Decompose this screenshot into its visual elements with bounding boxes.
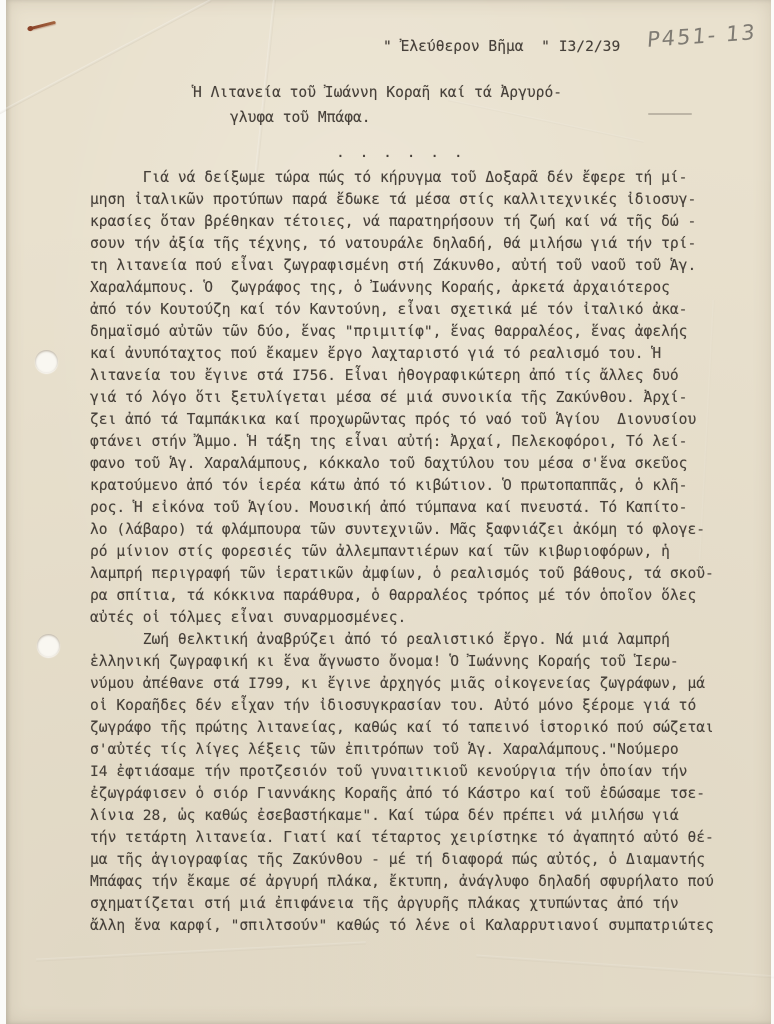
text-line: Ζωή θελκτική ἀναβρύζει ἀπό τό ρεαλιστικό… [90,629,750,651]
text-line: αὐτές οἱ τόλμες εἶναι συναρμοσμένες. [90,607,750,629]
text-line: καί ἀνυπόταχτος πού ἔκαμεν ἔργο λαχταρισ… [90,343,750,365]
archival-annotation: P451- 13 [646,20,757,52]
text-line: λο (λάβαρο) τά φλάμπουρα τῶν συντεχνιῶν.… [90,519,750,541]
text-line: τήν τετάρτη λιτανεία. Γιατί καί τέταρτος… [90,827,750,849]
text-line: γιά τό λόγο ὅτι ξετυλίγεται μέσα σέ μιά … [90,387,750,409]
text-line: Μπάφας τήν ἔκαμε σέ ἀργυρή πλάκα, ἔκτυπη… [90,871,750,893]
text-line: λιτανεία του ἔγινε στά I756. Εἶναι ἠθογρ… [90,365,750,387]
text-line: λίνια 28, ὡς καθώς ἐσεβαστήκαμε". Καί τώ… [90,805,750,827]
text-line: ρό μίνιον στίς φορεσιές τῶν ἀλλεμπαντιέρ… [90,541,750,563]
text-line: ἀπό τόν Κουτούζη καί τόν Καντούνη, εἶναι… [90,299,750,321]
text-line: Γιά νά δείξωμε τώρα πώς τό κήρυγμα τοῦ Δ… [90,167,750,189]
text-line: μηση ἰταλικῶν προτύπων παρά ἔδωκε τά μέσ… [90,189,750,211]
text-line: ζωγράφο τῆς πρώτης λιτανείας, καθώς καί … [90,717,750,739]
paper: " Ἐλεύθερον Βῆμα " I3/2/39 P451- 13 Ἡ Λι… [6,0,771,1024]
article-title-line1: Ἡ Λιτανεία τοῦ Ἰωάννη Κοραῆ καί τά Ἀργυρ… [193,82,562,104]
article-title-line2: γλυφα τοῦ Μπάφα. [230,107,371,129]
text-line: φτάνει στήν Ἄμμο. Ἡ τάξη της εἶναι αὐτή:… [90,431,750,453]
paper-crease [36,941,366,961]
dot-separator: . . . . . . [336,142,466,164]
pencil-dash [648,113,692,115]
rust-mark [29,21,56,30]
text-line: οἱ Κοραῆδες δέν εἶχαν τήν ἰδιοσυγκρασίαν… [90,695,750,717]
text-line: μα τῆς ἁγιογραφίας τῆς Ζακύνθου - μέ τή … [90,849,750,871]
scanned-page: " Ἐλεύθερον Βῆμα " I3/2/39 P451- 13 Ἡ Λι… [0,0,774,1024]
text-line: κρατούμενο ἀπό τόν ἱερέα κάτω ἀπό τό κιβ… [90,475,750,497]
text-line: σχηματίζεται στή μιά ἐπιφάνεια τῆς ἀργυρ… [90,893,750,915]
text-line: δημαϊσμό αὐτῶν τῶν δύο, ἕνας "πριμιτίφ",… [90,321,750,343]
text-line: ἄλλη ἕνα καρφί, "σπιλτσούν" καθώς τό λέν… [90,915,750,937]
text-line: ζει ἀπό τά Ταμπάκικα καί προχωρῶντας πρό… [90,409,750,431]
text-line: σουν τήν ἀξία τῆς τέχνης, τό νατουράλε δ… [90,233,750,255]
text-line: Χαραλάμπους. Ὁ ζωγράφος της, ὁ Ἰωάννης Κ… [90,277,750,299]
text-line: I4 ἐφτιάσαμε τήν προτζεσιόν τοῦ γυναιτικ… [90,761,750,783]
text-line: ρα σπίτια, τά κόκκινα παράθυρα, ὁ θαρραλ… [90,585,750,607]
text-line: φανο τοῦ Ἁγ. Χαραλάμπους, κόκκαλο τοῦ δα… [90,453,750,475]
punch-hole [37,634,60,657]
body-text: Γιά νά δείξωμε τώρα πώς τό κήρυγμα τοῦ Δ… [90,167,750,937]
text-line: τη λιτανεία πού εἶναι ζωγραφισμένη στή Ζ… [90,255,750,277]
text-line: σ'αὐτές τίς λίγες λέξεις τῶν ἐπιτρόπων τ… [90,739,750,761]
text-line: νύμου ἀπέθανε στά I799, κι ἔγινε ἀρχηγός… [90,673,750,695]
text-line: λαμπρή περιγραφή τῶν ἱερατικῶν ἀμφίων, ὁ… [90,563,750,585]
text-line: ρος. Ἡ εἰκόνα τοῦ Ἁγίου. Μουσική ἀπό τύμ… [90,497,750,519]
text-line: ἐζωγράφισεν ὁ σιόρ Γιαννάκης Κοραῆς ἀπό … [90,783,750,805]
paper-crease [0,0,211,124]
punch-hole [35,350,58,373]
text-line: ἑλληνική ζωγραφική κι ἕνα ἄγνωστο ὄνομα!… [90,651,750,673]
paper-crease [476,955,774,979]
paper-crease [448,99,644,143]
masthead-and-date: " Ἐλεύθερον Βῆμα " I3/2/39 [383,36,620,58]
text-line: κρασίες ὅταν βρέθηκαν τέτοιες, νά παρατη… [90,211,750,233]
